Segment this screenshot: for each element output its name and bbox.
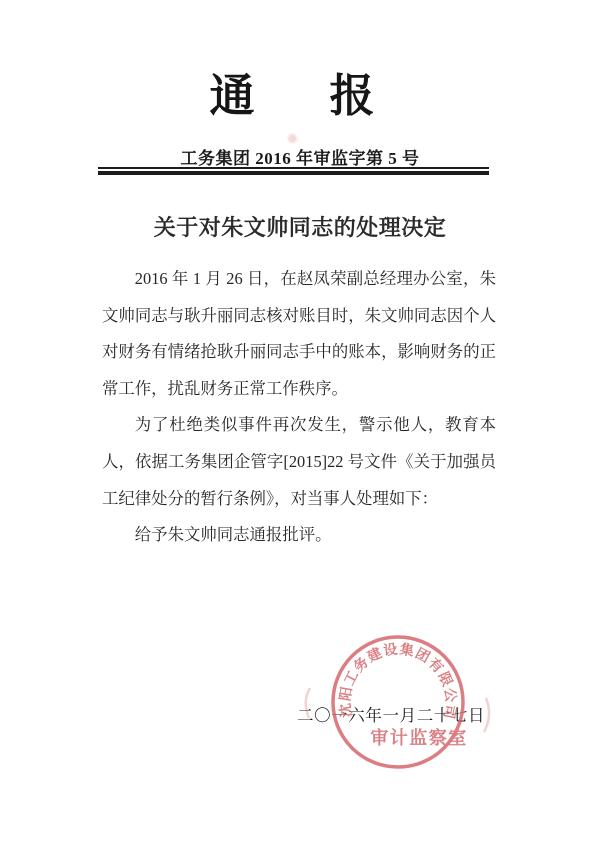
notice-heading: 关于对朱文帅同志的处理决定 [0, 211, 600, 242]
title-char-1: 通 [209, 74, 254, 119]
notice-body: 2016 年 1 月 26 日，在赵凤荣副总经理办公室，朱文帅同志与耿升丽同志核… [102, 261, 496, 554]
title-char-2: 报 [330, 74, 375, 119]
issue-date: 二〇一六年一月二十七日 [297, 702, 485, 726]
body-paragraph: 为了杜绝类似事件再次发生，警示他人，教育本人，依据工务集团企管字[2015]22… [102, 407, 496, 517]
notice-page: 通 报 工务集团 2016 年审监字第 5 号 关于对朱文帅同志的处理决定 20… [0, 0, 600, 851]
body-paragraph: 给予朱文帅同志通报批评。 [102, 517, 496, 554]
header-divider [98, 167, 489, 175]
body-paragraph: 2016 年 1 月 26 日，在赵凤荣副总经理办公室，朱文帅同志与耿升丽同志核… [102, 261, 496, 407]
seal-inner-text: 审计监察室 [370, 727, 468, 748]
doc-number: 工务集团 2016 年审监字第 5 号 [0, 144, 600, 169]
ink-smudge [288, 134, 297, 143]
notice-title: 通 报 [0, 74, 592, 119]
